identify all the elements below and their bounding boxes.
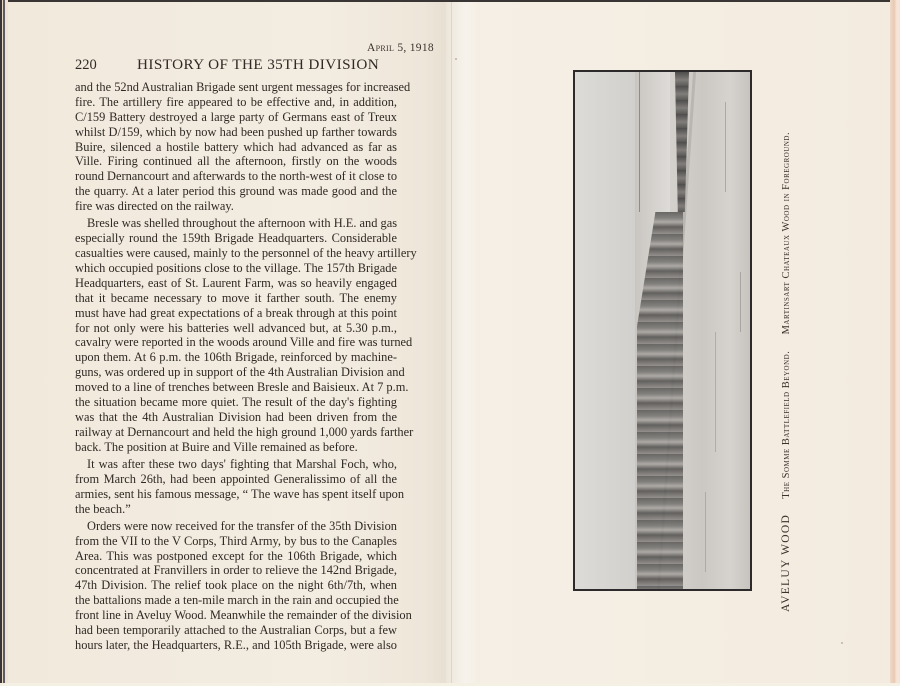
text-line: from the VII to the V Corps, Third Army,… <box>75 534 397 549</box>
text-line: fire. The artillery fire appeared to be … <box>75 95 397 110</box>
photo-detail <box>725 102 726 192</box>
photo-detail <box>705 492 706 572</box>
caption-title: AVELUY WOOD <box>780 514 792 612</box>
right-page-edges <box>890 0 900 686</box>
text-line: round Dernancourt and afterwards to the … <box>75 169 397 184</box>
text-line: cavalry were reported in the woods aroun… <box>75 335 397 350</box>
plate-caption: AVELUY WOOD The Somme Battlefield Beyond… <box>780 132 792 612</box>
caption-part-1: The Somme Battlefield Beyond. <box>781 351 792 499</box>
text-line: Buire, silenced a hostile battery which … <box>75 140 397 155</box>
text-line: whilst D/159, which by now had been push… <box>75 125 397 140</box>
page-number: 220 <box>75 57 97 74</box>
text-line: guns, was ordered up in support of the 4… <box>75 365 397 380</box>
photo-detail <box>740 272 741 332</box>
text-line: for not only were his batteries well adv… <box>75 321 397 336</box>
text-line: concentrated at Franvillers in order to … <box>75 563 397 578</box>
text-line: the battalions made a ten-mile march in … <box>75 593 397 608</box>
text-line: railway at Dernancourt and held the high… <box>75 425 397 440</box>
paper-speck <box>841 642 843 644</box>
text-line: Headquarters, east of St. Laurent Farm, … <box>75 276 397 291</box>
photo-detail <box>715 332 716 452</box>
paragraph: Bresle was shelled throughout the aftern… <box>75 216 397 454</box>
paragraph: It was after these two days' fighting th… <box>75 457 397 517</box>
text-line: the beach.” <box>75 502 397 517</box>
text-line: 47th Division. The relief took place on … <box>75 578 397 593</box>
text-line: armies, sent his famous message, “ The w… <box>75 487 397 502</box>
text-line: moved to a line of trenches between Bres… <box>75 380 397 395</box>
photo-sky <box>575 72 635 589</box>
paragraph: and the 52nd Australian Brigade sent urg… <box>75 80 397 214</box>
text-line: C/159 Battery destroyed a large party of… <box>75 110 397 125</box>
text-line: Bresle was shelled throughout the aftern… <box>75 216 397 231</box>
text-line: Ville. Firing continued all the afternoo… <box>75 154 397 169</box>
text-line: especially round the 159th Brigade Headq… <box>75 231 397 246</box>
body-text: and the 52nd Australian Brigade sent urg… <box>75 80 397 653</box>
text-line: must have had great expectations of a br… <box>75 306 397 321</box>
text-line: front line in Aveluy Wood. Meanwhile the… <box>75 608 397 623</box>
text-line: and the 52nd Australian Brigade sent urg… <box>75 80 397 95</box>
text-line: from March 26th, had been appointed Gene… <box>75 472 397 487</box>
text-line: back. The position at Buire and Ville re… <box>75 440 397 455</box>
left-page-edges <box>0 0 8 686</box>
caption-part-2: Martinsart Chateaux Wood in Foreground. <box>781 132 792 335</box>
text-line: It was after these two days' fighting th… <box>75 457 397 472</box>
plate-photograph <box>573 70 752 591</box>
book-spread: April 5, 1918 220 HISTORY OF THE 35TH DI… <box>0 0 900 686</box>
text-line: had been temporarily attached to the Aus… <box>75 623 397 638</box>
gutter-fold <box>451 2 452 683</box>
text-line: the situation became more quiet. The res… <box>75 395 397 410</box>
text-line: Area. This was postponed except for the … <box>75 549 397 564</box>
text-line: Orders were now received for the transfe… <box>75 519 397 534</box>
paper-speck <box>455 58 457 60</box>
text-line: was that the 4th Australian Division had… <box>75 410 397 425</box>
running-head: HISTORY OF THE 35TH DIVISION <box>137 56 379 74</box>
running-date: April 5, 1918 <box>367 42 434 54</box>
text-line: which occupied positions close to the vi… <box>75 261 397 276</box>
text-line: upon them. At 6 p.m. the 106th Brigade, … <box>75 350 397 365</box>
text-line: that it became necessary to move it fart… <box>75 291 397 306</box>
text-line: casualties were caused, mainly to the pe… <box>75 246 397 261</box>
text-line: fire was directed on the railway. <box>75 199 397 214</box>
paragraph: Orders were now received for the transfe… <box>75 519 397 653</box>
text-line: the quarry. At a later period this groun… <box>75 184 397 199</box>
photo-detail <box>639 72 640 212</box>
text-line: hours later, the Headquarters, R.E., and… <box>75 638 397 653</box>
